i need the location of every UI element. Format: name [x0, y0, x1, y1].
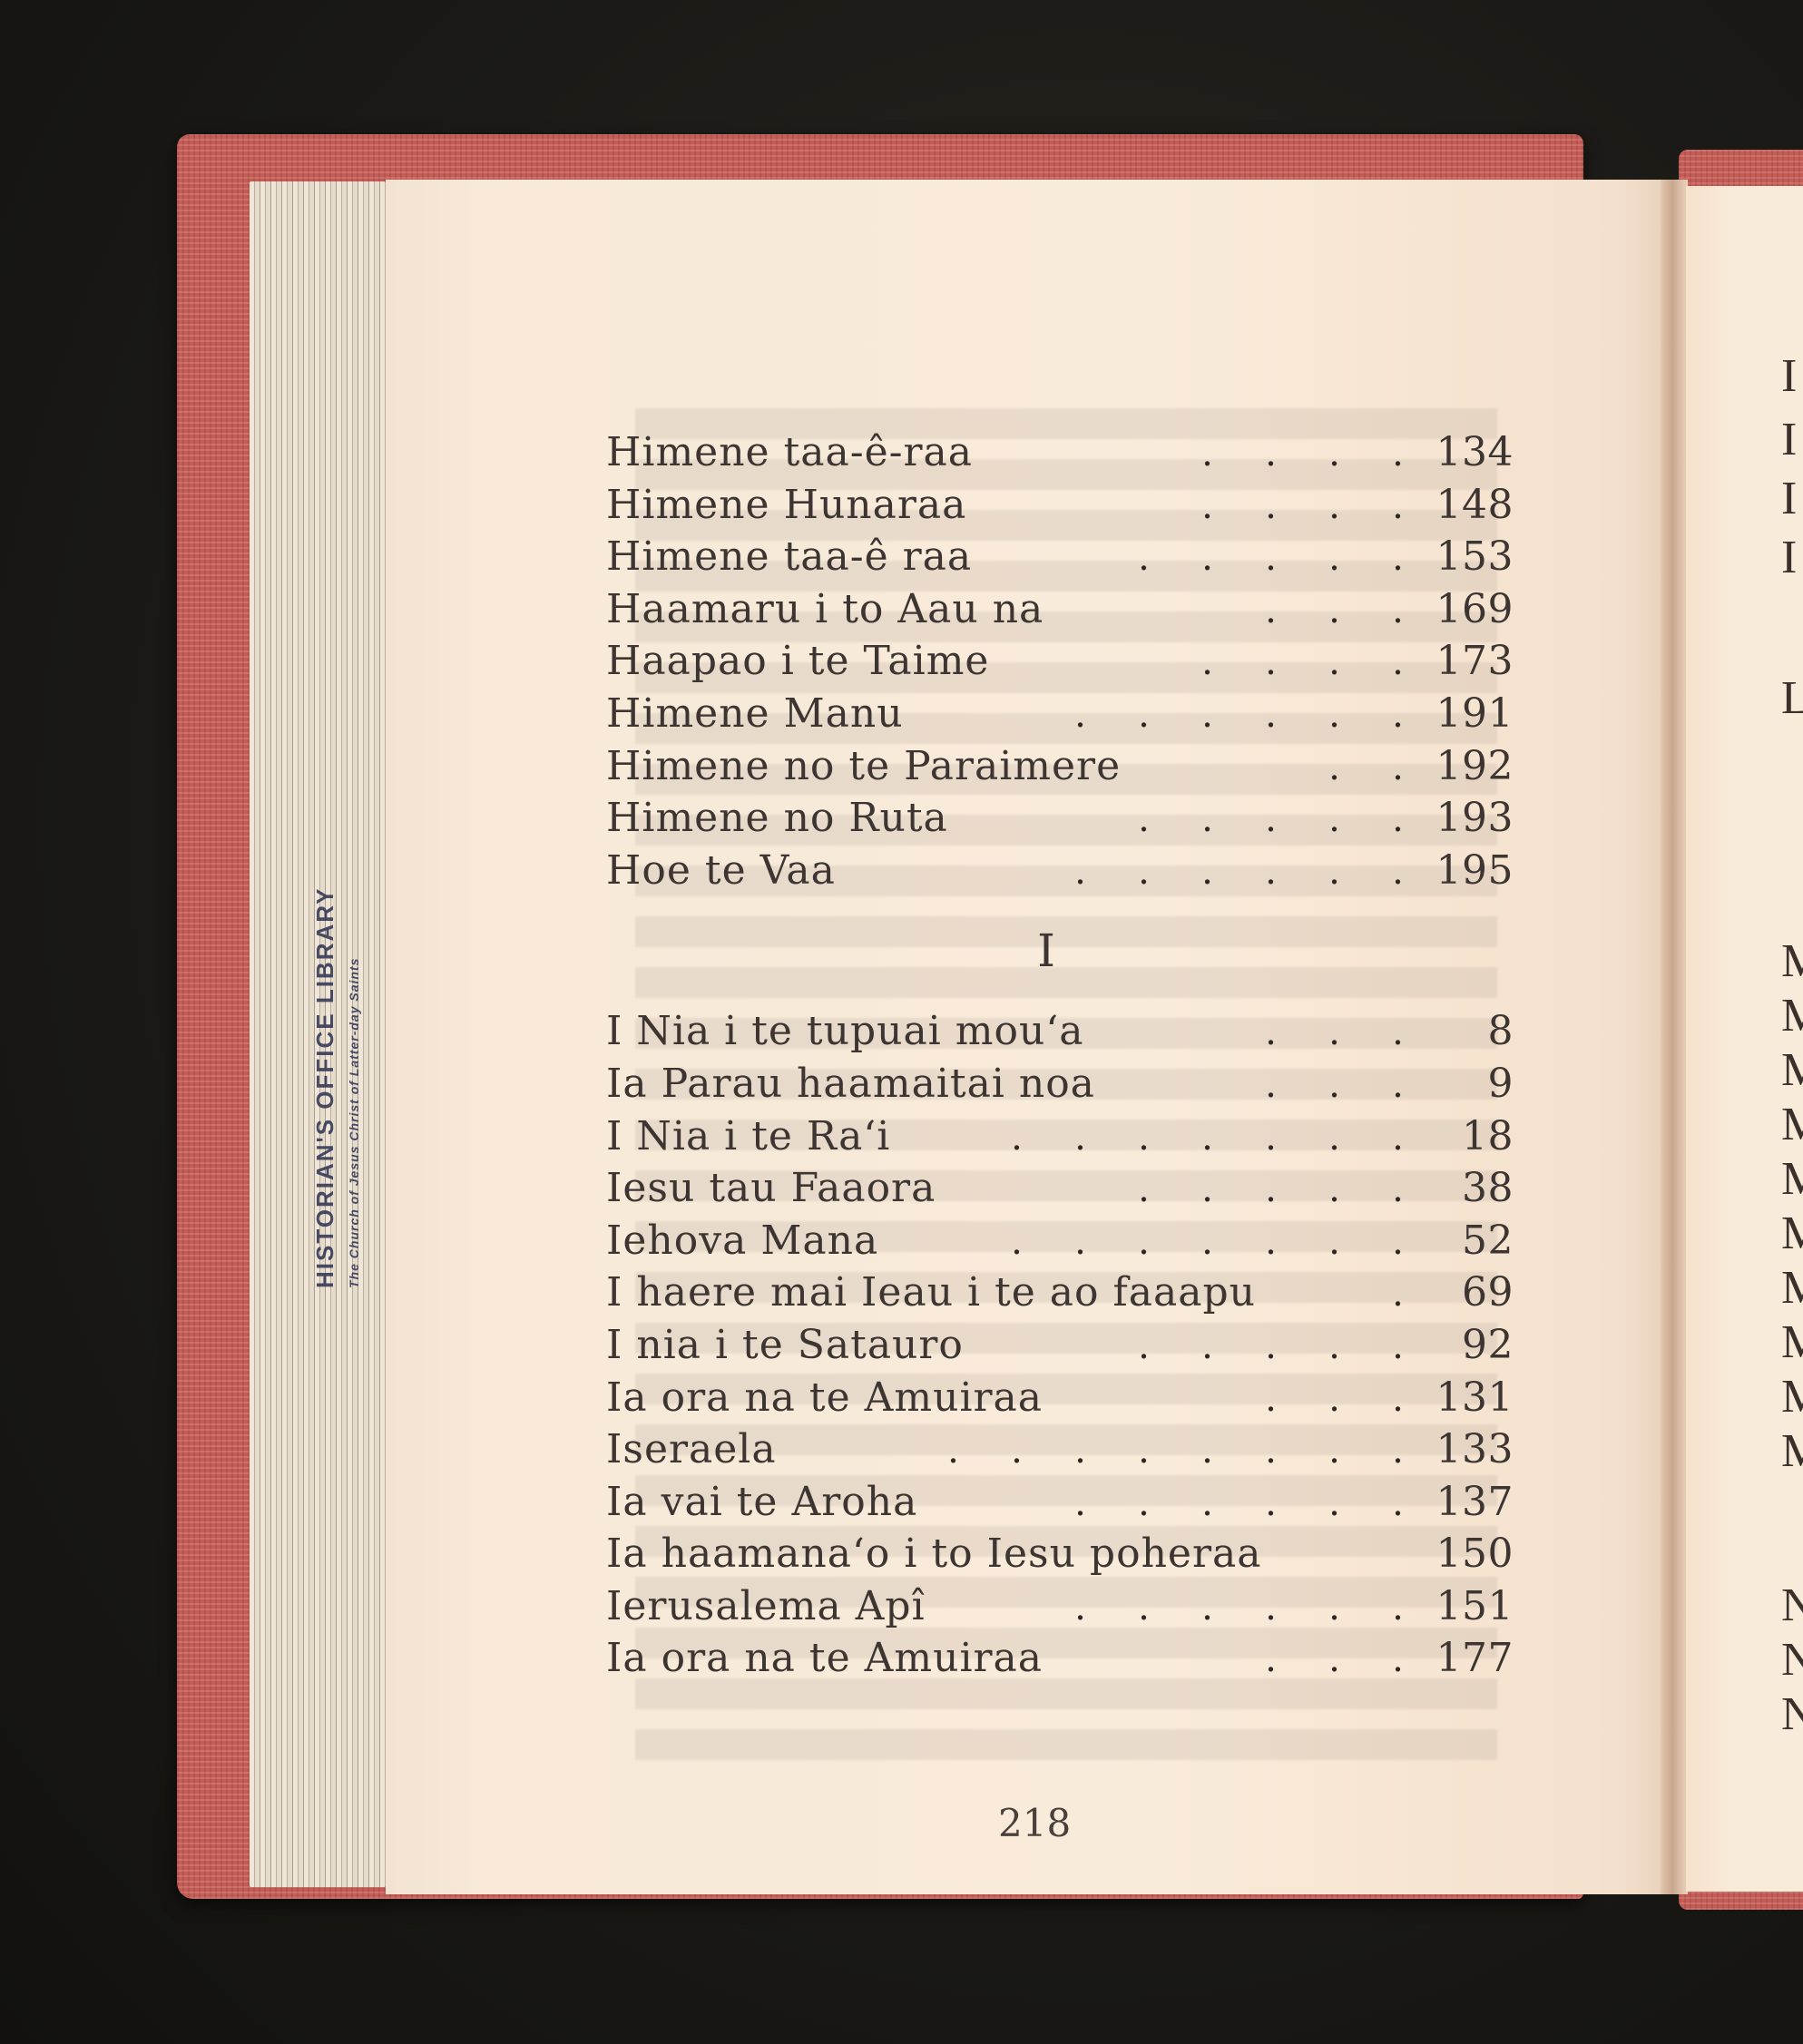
- right-page-letter: N: [1781, 1579, 1803, 1632]
- entry-page-number: 38: [1432, 1162, 1514, 1215]
- entry-title: Himene Hunaraa: [606, 479, 966, 532]
- page-number: 218: [998, 1801, 1071, 1845]
- index-entry: Ia haamana‘o i to Iesu poheraa150: [606, 1528, 1514, 1580]
- dot-leader: . . . .: [973, 426, 1432, 479]
- index-entry: Himene no te Paraimere. .192: [606, 740, 1514, 793]
- stamp-line-2: The Church of Jesus Christ of Latter-day…: [347, 887, 361, 1288]
- index-group-h: Himene taa-ê-raa. . . .134Himene Hunaraa…: [606, 426, 1514, 896]
- dot-leader: .: [1256, 1266, 1432, 1319]
- entry-title: Himene taa-ê-raa: [606, 426, 973, 479]
- entry-title: Ierusalema Apî: [606, 1580, 926, 1633]
- book-gutter: [1661, 180, 1688, 1894]
- index-entry: Ierusalema Apî. . . . . .151: [606, 1580, 1514, 1633]
- right-page-letter: M: [1781, 1315, 1803, 1369]
- entry-title: Iseraela: [606, 1423, 777, 1476]
- index-entry: Ia ora na te Amuiraa. . .177: [606, 1632, 1514, 1685]
- entry-title: Haamaru i to Aau na: [606, 583, 1044, 636]
- dot-leader: . . .: [1043, 1632, 1432, 1685]
- dot-leader: . . .: [1095, 1058, 1432, 1110]
- dot-leader: . . . . .: [948, 792, 1432, 845]
- entry-title: Haapao i te Taime: [606, 635, 989, 688]
- entry-title: I haere mai Ieau i te ao faaapu: [606, 1266, 1256, 1319]
- dot-leader: . . . . . .: [904, 688, 1432, 740]
- entry-page-number: 9: [1432, 1058, 1514, 1110]
- index-entry: I Nia i te tupuai mou‘a. . .8: [606, 1005, 1514, 1058]
- right-page-letter: M: [1781, 1261, 1803, 1315]
- index-entry: I haere mai Ieau i te ao faaapu.69: [606, 1266, 1514, 1319]
- dot-leader: . . . . .: [964, 1319, 1432, 1372]
- entry-page-number: 134: [1432, 426, 1514, 479]
- entry-page-number: 133: [1432, 1423, 1514, 1476]
- dot-leader: . . . .: [966, 479, 1432, 532]
- right-page-letter: M: [1781, 1424, 1803, 1478]
- entry-page-number: 153: [1432, 531, 1514, 583]
- entry-page-number: 169: [1432, 583, 1514, 636]
- index-entry: Hoe te Vaa. . . . . .195: [606, 845, 1514, 897]
- entry-page-number: 18: [1432, 1110, 1514, 1163]
- entry-title: Iesu tau Faaora: [606, 1162, 936, 1215]
- entry-title: Hoe te Vaa: [606, 845, 836, 897]
- right-page-letter: M: [1781, 1152, 1803, 1206]
- entry-page-number: 191: [1432, 688, 1514, 740]
- entry-page-number: 69: [1432, 1266, 1514, 1319]
- library-stamp: HISTORIAN'S OFFICE LIBRARY The Church of…: [311, 887, 361, 1288]
- right-page-letter: I: [1781, 472, 1797, 525]
- stamp-line-1: HISTORIAN'S OFFICE LIBRARY: [311, 887, 339, 1288]
- entry-page-number: 131: [1432, 1372, 1514, 1424]
- index-entry: Haamaru i to Aau na. . .169: [606, 583, 1514, 636]
- entry-page-number: 148: [1432, 479, 1514, 532]
- entry-title: Ia Parau haamaitai noa: [606, 1058, 1095, 1110]
- right-page-letter: I: [1781, 413, 1797, 466]
- entry-page-number: 92: [1432, 1319, 1514, 1372]
- index-entry: Himene Manu. . . . . .191: [606, 688, 1514, 740]
- entry-page-number: 177: [1432, 1632, 1514, 1685]
- index-entry: Iesu tau Faaora. . . . .38: [606, 1162, 1514, 1215]
- right-page-letter: M: [1781, 1098, 1803, 1151]
- index-entry: Ia vai te Aroha. . . . . .137: [606, 1476, 1514, 1529]
- dot-leader: . . . . . . .: [878, 1215, 1432, 1267]
- index-entry: Himene taa-ê-raa. . . .134: [606, 426, 1514, 479]
- index-entry: Iehova Mana. . . . . . .52: [606, 1215, 1514, 1267]
- index-entry: Iseraela. . . . . . . .133: [606, 1423, 1514, 1476]
- right-page-letter: M: [1781, 1370, 1803, 1423]
- entry-title: I Nia i te Ra‘i: [606, 1110, 890, 1163]
- entry-page-number: 8: [1432, 1005, 1514, 1058]
- entry-title: Himene Manu: [606, 688, 904, 740]
- section-heading-i: I: [606, 896, 1514, 1005]
- entry-page-number: 195: [1432, 845, 1514, 897]
- dot-leader: . . .: [1044, 583, 1432, 636]
- entry-title: Iehova Mana: [606, 1215, 878, 1267]
- entry-title: Ia ora na te Amuiraa: [606, 1372, 1043, 1424]
- dot-leader: . . . . . . . .: [777, 1423, 1432, 1476]
- entry-title: Ia ora na te Amuiraa: [606, 1632, 1043, 1685]
- index-entry: Himene Hunaraa. . . .148: [606, 479, 1514, 532]
- entry-page-number: 193: [1432, 792, 1514, 845]
- right-page-letter: I: [1781, 531, 1797, 584]
- right-page-letter: I: [1781, 349, 1797, 403]
- entry-page-number: 137: [1432, 1476, 1514, 1529]
- entry-page-number: 52: [1432, 1215, 1514, 1267]
- right-page-letter: L: [1781, 671, 1803, 725]
- right-page-letter: M: [1781, 1207, 1803, 1260]
- right-page-letter: M: [1781, 1043, 1803, 1097]
- index-entry: Ia Parau haamaitai noa. . .9: [606, 1058, 1514, 1110]
- hymn-index: Himene taa-ê-raa. . . .134Himene Hunaraa…: [606, 426, 1514, 1685]
- dot-leader: . . . . . .: [917, 1476, 1432, 1529]
- index-entry: Ia ora na te Amuiraa. . .131: [606, 1372, 1514, 1424]
- index-group-i: I Nia i te tupuai mou‘a. . .8Ia Parau ha…: [606, 1005, 1514, 1685]
- dot-leader: . . . .: [989, 635, 1432, 688]
- entry-title: Ia vai te Aroha: [606, 1476, 917, 1529]
- index-entry: Himene no Ruta. . . . .193: [606, 792, 1514, 845]
- index-entry: Himene taa-ê raa. . . . .153: [606, 531, 1514, 583]
- entry-title: Himene taa-ê raa: [606, 531, 972, 583]
- entry-title: Himene no Ruta: [606, 792, 948, 845]
- right-page-letter: N: [1781, 1687, 1803, 1741]
- right-page-letter: M: [1781, 934, 1803, 988]
- index-entry: I Nia i te Ra‘i. . . . . . .18: [606, 1110, 1514, 1163]
- entry-title: I Nia i te tupuai mou‘a: [606, 1005, 1084, 1058]
- right-page-letter: N: [1781, 1633, 1803, 1687]
- index-entry: I nia i te Satauro. . . . .92: [606, 1319, 1514, 1372]
- entry-title: Himene no te Paraimere: [606, 740, 1121, 793]
- dot-leader: . . . . .: [936, 1162, 1432, 1215]
- entry-title: I nia i te Satauro: [606, 1319, 964, 1372]
- entry-page-number: 151: [1432, 1580, 1514, 1633]
- entry-page-number: 173: [1432, 635, 1514, 688]
- entry-page-number: 150: [1432, 1528, 1514, 1580]
- index-entry: Haapao i te Taime. . . .173: [606, 635, 1514, 688]
- entry-title: Ia haamana‘o i to Iesu poheraa: [606, 1528, 1261, 1580]
- dot-leader: . . . . . .: [836, 845, 1432, 897]
- dot-leader: . . . . .: [972, 531, 1432, 583]
- dot-leader: . .: [1121, 740, 1432, 793]
- dot-leader: . . .: [1084, 1005, 1432, 1058]
- dot-leader: . . . . . . .: [890, 1110, 1432, 1163]
- entry-page-number: 192: [1432, 740, 1514, 793]
- dot-leader: . . .: [1043, 1372, 1432, 1424]
- dot-leader: . . . . . .: [926, 1580, 1432, 1633]
- right-page-letter: M: [1781, 989, 1803, 1042]
